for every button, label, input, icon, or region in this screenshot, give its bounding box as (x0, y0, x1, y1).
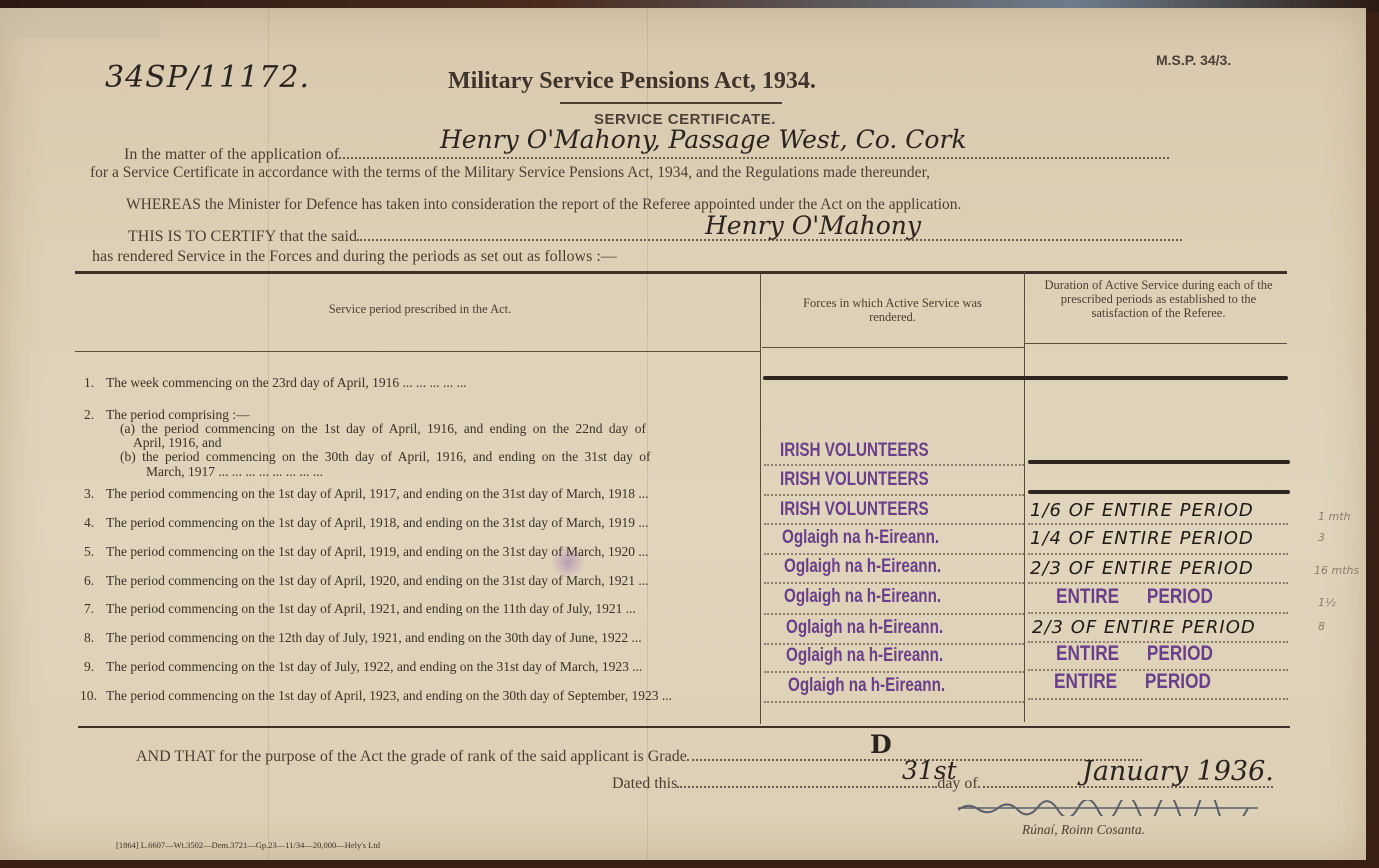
force-stamp-row-8: Oglaigh na h-Eireann. (786, 617, 943, 639)
header-bottom-rule (762, 347, 1024, 348)
period-row-8: 8.The period commencing on the 12th day … (84, 630, 642, 646)
grade-prefix: AND THAT for the purpose of the Act the … (136, 748, 687, 765)
table-bottom-rule (78, 726, 1290, 728)
printer-code: [1864] L.6607—Wt.3502—Dem.3721—Gp.23—11/… (116, 840, 380, 850)
day-value-handwritten: 31st (902, 756, 957, 785)
duration-row-5: 1/4 OF ENTIRE PERIOD (1030, 528, 1254, 549)
duration-row-10: ENTIRE PERIOD (1054, 670, 1211, 694)
month-year-handwritten: January 1936. (1082, 756, 1274, 787)
force-stamp-row-2: IRISH VOLUNTEERS (780, 440, 929, 462)
row-dotted-line (1028, 698, 1288, 700)
period-row-1: 1.The week commencing on the 23rd day of… (84, 375, 467, 391)
row-dotted-line (764, 671, 1024, 673)
period-row-3: 3.The period commencing on the 1st day o… (84, 486, 649, 502)
dated-prefix: Dated this (612, 775, 677, 792)
duration-row-6: 2/3 OF ENTIRE PERIOD (1030, 558, 1254, 579)
application-prefix: In the matter of the application of (124, 146, 339, 163)
no-service-bar-row-3 (1028, 490, 1290, 494)
document-title: Military Service Pensions Act, 1934. (448, 68, 816, 95)
no-service-bar-row-1 (763, 376, 1288, 380)
row-dotted-line (1028, 523, 1288, 525)
struck-signature (958, 800, 1258, 816)
row-dotted-line (764, 553, 1024, 555)
period-row-2b-cont: March, 1917 ... ... ... ... ... ... ... … (146, 464, 323, 480)
row-dotted-line (1028, 582, 1288, 584)
margin-note: 3 (1318, 531, 1325, 544)
day-dotted-field (677, 786, 937, 788)
force-stamp-row-9: Oglaigh na h-Eireann. (786, 645, 943, 667)
row-dotted-line (764, 494, 1024, 496)
force-stamp-row-5: Oglaigh na h-Eireann. (782, 527, 939, 549)
grade-value-handwritten: D (870, 730, 892, 759)
duration-row-8: 2/3 OF ENTIRE PERIOD (1032, 617, 1256, 638)
margin-note: 1 mth (1318, 510, 1351, 523)
applicant-dotted-field (339, 157, 1169, 159)
force-stamp-row-7: Oglaigh na h-Eireann. (784, 586, 941, 608)
margin-note: 16 mths (1314, 564, 1359, 577)
row-dotted-line (764, 701, 1024, 703)
header-bottom-rule (1025, 343, 1287, 344)
header-bottom-rule (75, 351, 760, 352)
service-certificate: 34SP/11172. M.S.P. 34/3. Military Servic… (0, 8, 1366, 860)
application-line-2: for a Service Certificate in accordance … (90, 164, 930, 182)
period-row-7: 7.The period commencing on the 1st day o… (84, 601, 636, 617)
period-row-5: 5.The period commencing on the 1st day o… (84, 544, 649, 560)
duration-row-7: ENTIRE PERIOD (1056, 585, 1213, 609)
certify-prefix: THIS IS TO CERTIFY that the said (128, 228, 357, 245)
period-row-6: 6.The period commencing on the 1st day o… (84, 573, 649, 589)
row-dotted-line (1028, 553, 1288, 555)
duration-row-4: 1/6 OF ENTIRE PERIOD (1030, 500, 1254, 521)
column-divider (760, 274, 761, 724)
title-underline (560, 102, 782, 104)
period-row-10: 10.The period commencing on the 1st day … (80, 688, 672, 704)
header-duration: Duration of Active Service during each o… (1036, 278, 1281, 320)
row-dotted-line (764, 613, 1024, 615)
column-divider (1024, 272, 1025, 722)
rendered-line: has rendered Service in the Forces and d… (92, 248, 617, 266)
header-forces: Forces in which Active Service was rende… (780, 296, 1005, 324)
no-service-bar-row-2 (1028, 460, 1290, 464)
grade-line: AND THAT for the purpose of the Act the … (136, 748, 1142, 766)
period-row-9: 9.The period commencing on the 1st day o… (84, 659, 642, 675)
force-stamp-row-3: IRISH VOLUNTEERS (780, 469, 929, 491)
row-dotted-line (764, 582, 1024, 584)
reference-number: 34SP/11172. (105, 60, 310, 95)
row-dotted-line (764, 464, 1024, 466)
period-row-2b: (b) the period commencing on the 30th da… (120, 449, 651, 465)
certify-line: THIS IS TO CERTIFY that the said (128, 228, 1182, 246)
row-dotted-line (764, 523, 1024, 525)
applicant-name-handwritten: Henry O'Mahony, Passage West, Co. Cork (440, 125, 967, 154)
margin-note: 1½ (1318, 596, 1336, 609)
form-number: M.S.P. 34/3. (1156, 52, 1231, 68)
signatory-title: Rúnaí, Roinn Cosanta. (1022, 822, 1145, 838)
margin-note: 8 (1318, 620, 1325, 633)
table-top-rule (75, 271, 1287, 274)
certify-name-handwritten: Henry O'Mahony (705, 211, 921, 240)
row-dotted-line (1028, 612, 1288, 614)
force-stamp-row-4: IRISH VOLUNTEERS (780, 499, 929, 521)
header-service-period: Service period prescribed in the Act. (260, 302, 580, 316)
force-stamp-row-6: Oglaigh na h-Eireann. (784, 556, 941, 578)
period-row-4: 4.The period commencing on the 1st day o… (84, 515, 649, 531)
force-stamp-row-10: Oglaigh na h-Eireann. (788, 675, 945, 697)
duration-row-9: ENTIRE PERIOD (1056, 642, 1213, 666)
